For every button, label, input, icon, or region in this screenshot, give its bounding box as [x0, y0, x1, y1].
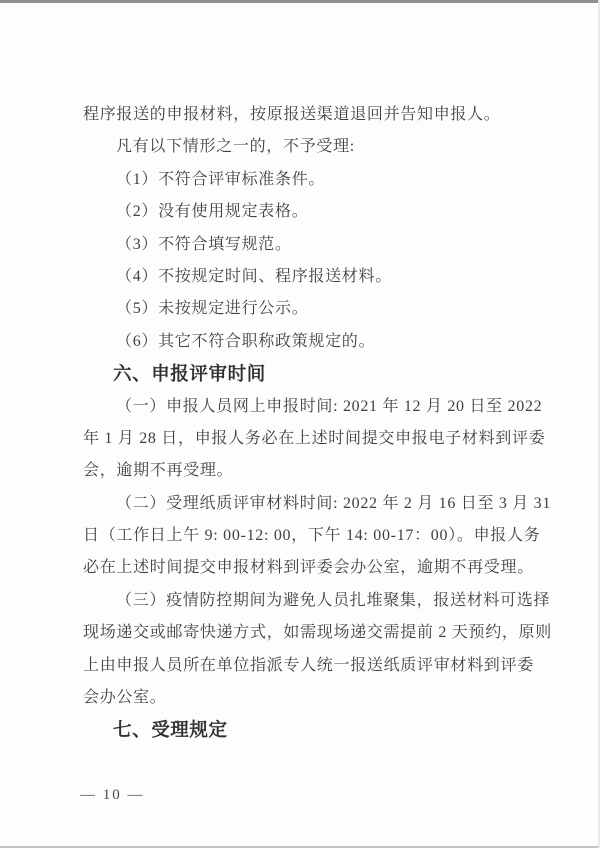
document-line: 年 1 月 28 日，申报人务必在上述时间提交申报电子材料到评委 — [83, 423, 523, 455]
document-line: 日（工作日上午 9: 00-12: 00，下午 14: 00-17：00）。申报… — [83, 520, 523, 552]
document-line: （三）疫情防控期间为避免人员扎堆聚集，报送材料可选择 — [83, 585, 523, 617]
document-line: 上由申报人员所在单位指派专人统一报送纸质评审材料到评委 — [83, 650, 523, 682]
section-heading: 六、申报评审时间 — [83, 358, 523, 390]
document-line list-item: （4）不按规定时间、程序报送材料。 — [83, 261, 523, 293]
document-text-block: 程序报送的申报材料，按原报送渠道退回并告知申报人。 凡有以下情形之一的，不予受理… — [83, 99, 523, 747]
scan-edge-top — [0, 0, 600, 3]
document-line: 会，逾期不再受理。 — [83, 455, 523, 487]
document-line: 程序报送的申报材料，按原报送渠道退回并告知申报人。 — [83, 99, 523, 131]
document-line list-item: （6）其它不符合职称政策规定的。 — [83, 326, 523, 358]
document-line list-item: （1）不符合评审标准条件。 — [83, 164, 523, 196]
document-line list-item: （5）未按规定进行公示。 — [83, 293, 523, 325]
scanned-document-page: 程序报送的申报材料，按原报送渠道退回并告知申报人。 凡有以下情形之一的，不予受理… — [0, 0, 600, 848]
section-heading: 七、受理规定 — [83, 714, 523, 746]
document-line: 现场递交或邮寄快递方式，如需现场递交需提前 2 天预约，原则 — [83, 617, 523, 649]
document-line: 凡有以下情形之一的，不予受理: — [83, 131, 523, 163]
document-line: 必在上述时间提交申报材料到评委会办公室，逾期不再受理。 — [83, 552, 523, 584]
document-line: （二）受理纸质评审材料时间: 2022 年 2 月 16 日至 3 月 31 — [83, 488, 523, 520]
page-number: — 10 — — [80, 786, 145, 804]
document-line: （一）申报人员网上申报时间: 2021 年 12 月 20 日至 2022 — [83, 391, 523, 423]
document-line: 会办公室。 — [83, 682, 523, 714]
document-line list-item: （3）不符合填写规范。 — [83, 229, 523, 261]
document-line list-item: （2）没有使用规定表格。 — [83, 196, 523, 228]
